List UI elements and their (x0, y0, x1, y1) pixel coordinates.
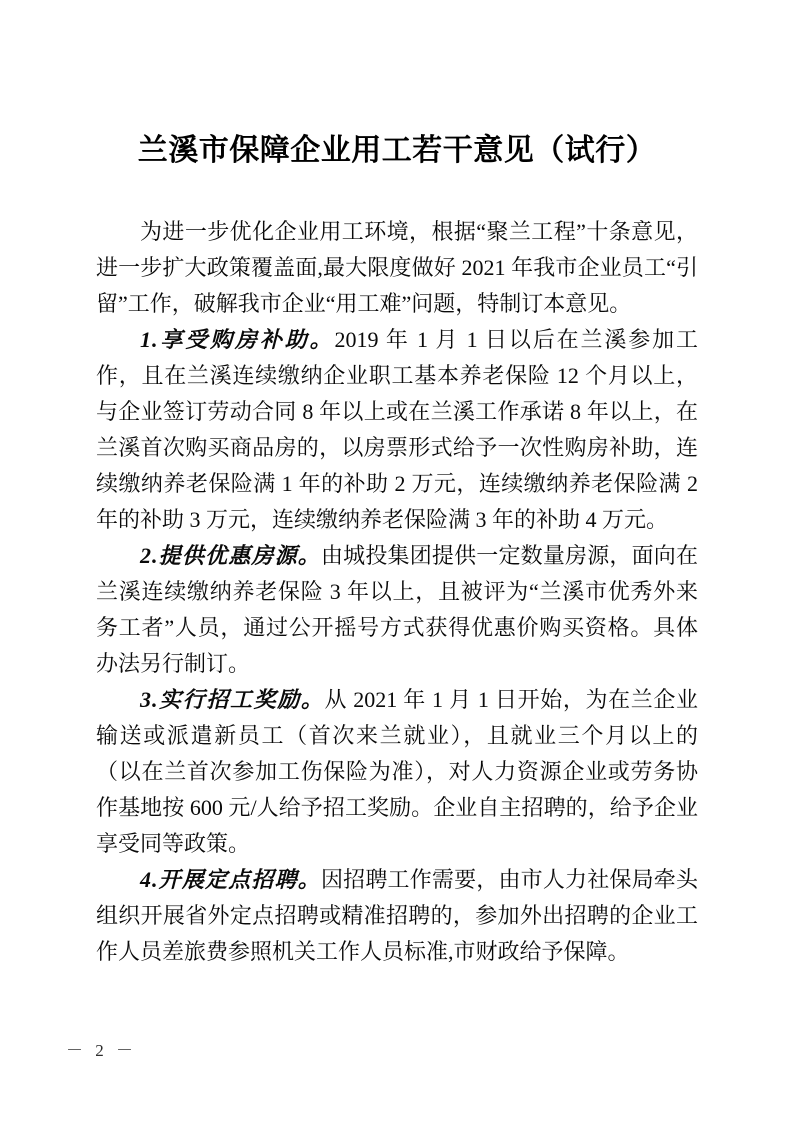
paragraph-lead: 2.提供优惠房源。 (140, 543, 321, 568)
paragraph-lead: 4.开展定点招聘。 (140, 867, 321, 892)
paragraph-intro: 为进一步优化企业用工环境，根据“聚兰工程”十条意见，进一步扩大政策覆盖面,最大限… (96, 214, 698, 322)
paragraph-text: 从 2021 年 1 月 1 日开始，为在兰企业输送或派遣新员工（首次来兰就业）… (96, 687, 698, 856)
paragraph-item-1: 1.享受购房补助。2019 年 1 月 1 日以后在兰溪参加工作，且在兰溪连续缴… (96, 322, 698, 538)
paragraph-item-3: 3.实行招工奖励。从 2021 年 1 月 1 日开始，为在兰企业输送或派遣新员… (96, 682, 698, 862)
paragraph-lead: 1.享受购房补助。 (140, 327, 334, 352)
paragraph-item-4: 4.开展定点招聘。因招聘工作需要，由市人力社保局牵头组织开展省外定点招聘或精准招… (96, 862, 698, 970)
document-page: 兰溪市保障企业用工若干意见（试行） 为进一步优化企业用工环境，根据“聚兰工程”十… (0, 0, 793, 1122)
paragraph-lead: 3.实行招工奖励。 (140, 687, 324, 712)
paragraph-text: 为进一步优化企业用工环境，根据“聚兰工程”十条意见，进一步扩大政策覆盖面,最大限… (96, 219, 698, 316)
paragraph-text: 2019 年 1 月 1 日以后在兰溪参加工作，且在兰溪连续缴纳企业职工基本养老… (96, 327, 698, 532)
document-title: 兰溪市保障企业用工若干意见（试行） (96, 132, 698, 169)
paragraph-item-2: 2.提供优惠房源。由城投集团提供一定数量房源，面向在兰溪连续缴纳养老保险 3 年… (96, 538, 698, 682)
document-body: 为进一步优化企业用工环境，根据“聚兰工程”十条意见，进一步扩大政策覆盖面,最大限… (96, 214, 698, 970)
page-number: － 2 － (66, 1040, 137, 1062)
